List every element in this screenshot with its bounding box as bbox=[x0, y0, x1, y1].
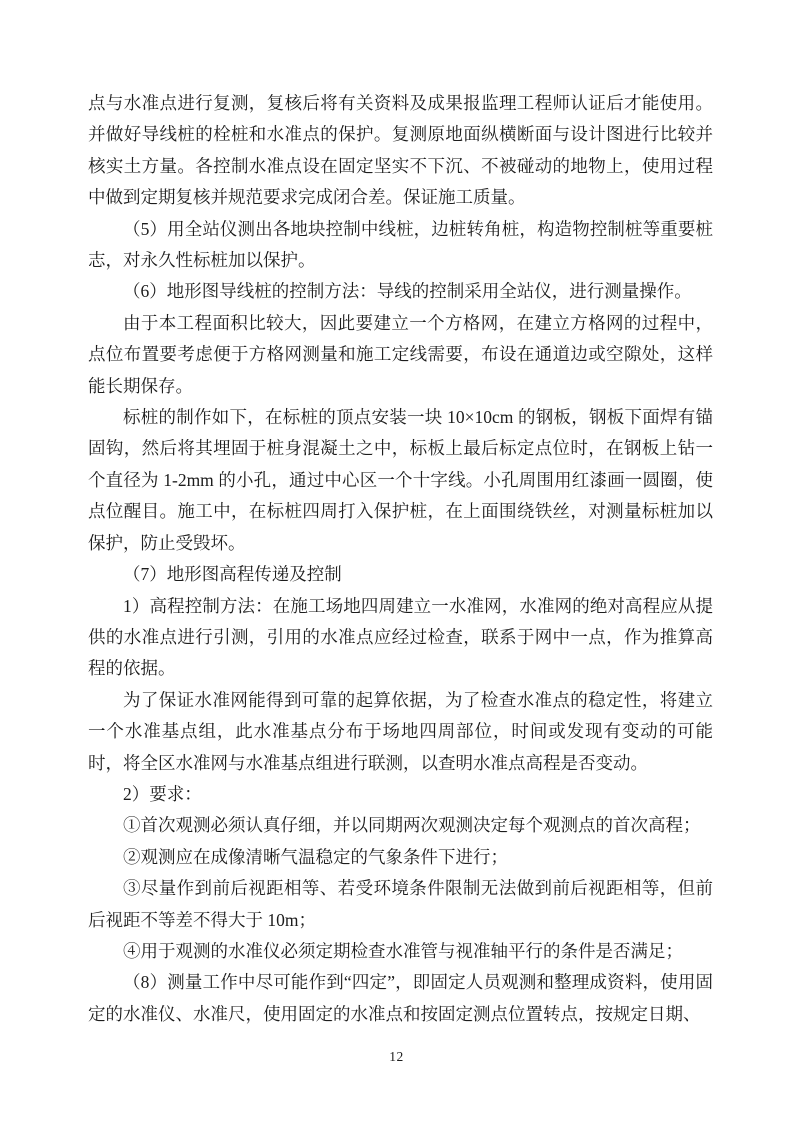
paragraph: 为了保证水准网能得到可靠的起算依据，为了检查水准点的稳定性，将建立一个水准基点组… bbox=[88, 685, 713, 779]
paragraph: 由于本工程面积比较大，因此要建立一个方格网，在建立方格网的过程中，点位布置要考虑… bbox=[88, 308, 713, 402]
paragraph: （5）用全站仪测出各地块控制中线桩，边桩转角桩，构造物控制桩等重要桩志，对永久性… bbox=[88, 214, 713, 277]
paragraph: 点与水准点进行复测，复核后将有关资料及成果报监理工程师认证后才能使用。并做好导线… bbox=[88, 88, 713, 214]
page-number: 12 bbox=[389, 1049, 404, 1064]
paragraph: （7）地形图高程传递及控制 bbox=[88, 559, 713, 590]
paragraph: ②观测应在成像清晰气温稳定的气象条件下进行； bbox=[88, 842, 713, 873]
document-body: 点与水准点进行复测，复核后将有关资料及成果报监理工程师认证后才能使用。并做好导线… bbox=[88, 88, 713, 1030]
paragraph: 1）高程控制方法：在施工场地四周建立一水准网，水准网的绝对高程应从提供的水准点进… bbox=[88, 591, 713, 685]
paragraph: （6）地形图导线桩的控制方法：导线的控制采用全站仪，进行测量操作。 bbox=[88, 276, 713, 307]
paragraph: 2）要求： bbox=[88, 779, 713, 810]
document-page: 点与水准点进行复测，复核后将有关资料及成果报监理工程师认证后才能使用。并做好导线… bbox=[0, 0, 793, 1122]
paragraph: （8）测量工作中尽可能作到“四定”，即固定人员观测和整理成资料，使用固定的水准仪… bbox=[88, 967, 713, 1030]
paragraph: 标桩的制作如下，在标桩的顶点安装一块 10×10cm 的钢板，钢板下面焊有锚固钩… bbox=[88, 402, 713, 559]
paragraph: ④用于观测的水准仪必须定期检查水准管与视准轴平行的条件是否满足； bbox=[88, 936, 713, 967]
page-footer: 12 bbox=[0, 1048, 793, 1066]
paragraph: ①首次观测必须认真仔细，并以同期两次观测决定每个观测点的首次高程； bbox=[88, 810, 713, 841]
paragraph: ③尽量作到前后视距相等、若受环境条件限制无法做到前后视距相等，但前后视距不等差不… bbox=[88, 873, 713, 936]
